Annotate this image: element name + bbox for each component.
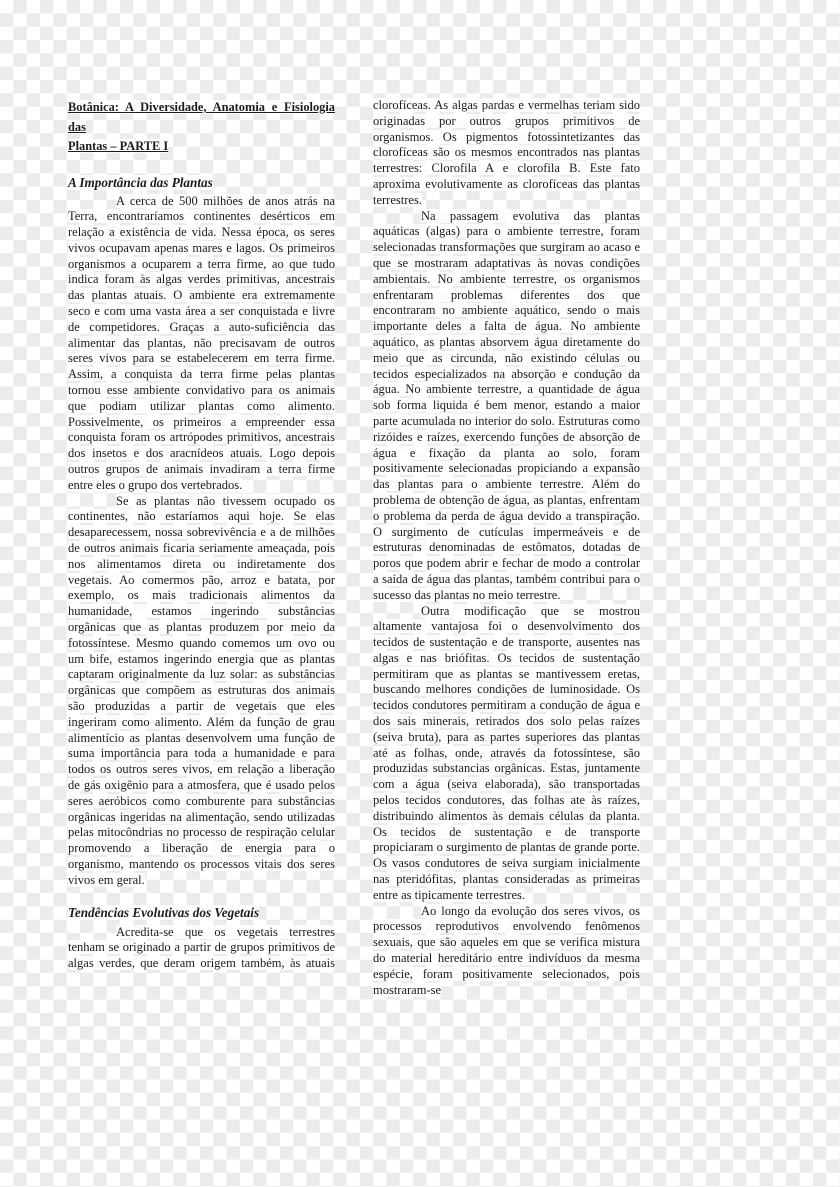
left-column: Botânica: A Diversidade, Anatomia e Fisi…	[68, 98, 335, 998]
section-heading-importancia: A Importância das Plantas	[68, 175, 335, 191]
transparent-checkerboard-canvas: Botânica: A Diversidade, Anatomia e Fisi…	[0, 0, 840, 1187]
paragraph-origem-vegetais-continuacao: clorofíceas. As algas pardas e vermelhas…	[373, 98, 640, 209]
document-title-line-1: Botânica: A Diversidade, Anatomia e Fisi…	[68, 98, 335, 137]
paragraph-origem-vegetais-inicio: Acredita-se que os vegetais terrestres t…	[68, 925, 335, 972]
paragraph-tecidos-sustentacao: Outra modificação que se mostrou altamen…	[373, 604, 640, 904]
paragraph-processos-reprodutivos-inicio: Ao longo da evolução dos seres vivos, os…	[373, 904, 640, 999]
right-column: clorofíceas. As algas pardas e vermelhas…	[373, 98, 640, 998]
section-heading-tendencias: Tendências Evolutivas dos Vegetais	[68, 905, 335, 921]
document-title: Botânica: A Diversidade, Anatomia e Fisi…	[68, 98, 335, 157]
document-title-line-2: Plantas – PARTE I	[68, 137, 335, 157]
document-page: Botânica: A Diversidade, Anatomia e Fisi…	[68, 98, 640, 998]
paragraph-passagem-evolutiva: Na passagem evolutiva das plantas aquáti…	[373, 209, 640, 604]
paragraph-importancia-alimentar: Se as plantas não tivessem ocupado os co…	[68, 494, 335, 889]
paragraph-origem-terra-firme: A cerca de 500 milhões de anos atrás na …	[68, 194, 335, 494]
